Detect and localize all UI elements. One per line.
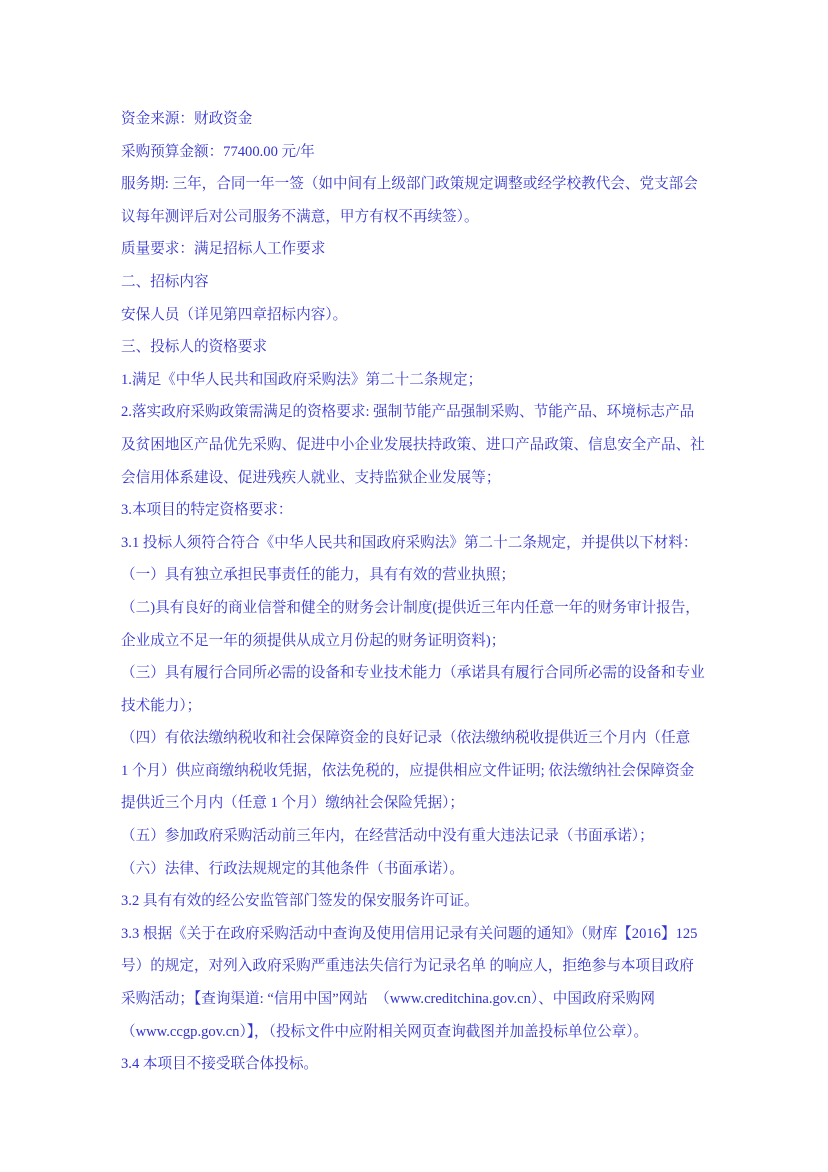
text-line: 3.2 具有有效的经公安监管部门签发的保安服务许可证。	[121, 885, 717, 918]
text-line: 采购活动；【查询渠道: “信用中国”网站 （www.creditchina.go…	[121, 983, 717, 1016]
text-line: 三、投标人的资格要求	[121, 331, 717, 364]
text-line: 服务期: 三年，合同一年一签（如中间有上级部门政策规定调整或经学校教代会、党支部…	[121, 168, 717, 201]
text-line: （一）具有独立承担民事责任的能力，具有有效的营业执照；	[121, 559, 717, 592]
text-line: 及贫困地区产品优先采购、促进中小企业发展扶持政策、进口产品政策、信息安全产品、社	[121, 429, 717, 462]
text-line: 技术能力）；	[121, 690, 717, 723]
text-line: （三）具有履行合同所必需的设备和专业技术能力（承诺具有履行合同所必需的设备和专业	[121, 657, 717, 690]
text-line: 2.落实政府采购政策需满足的资格要求: 强制节能产品强制采购、节能产品、环境标志…	[121, 396, 717, 429]
text-line: 3.4 本项目不接受联合体投标。	[121, 1048, 717, 1081]
text-line: 质量要求：满足招标人工作要求	[121, 233, 717, 266]
text-line: 安保人员（详见第四章招标内容）。	[121, 299, 717, 332]
text-line: （五）参加政府采购活动前三年内，在经营活动中没有重大违法记录（书面承诺）；	[121, 820, 717, 853]
text-line: 1.满足《中华人民共和国政府采购法》第二十二条规定；	[121, 364, 717, 397]
text-line: （www.ccgp.gov.cn）】，（投标文件中应附相关网页查询截图并加盖投标…	[121, 1016, 717, 1049]
text-line: 3.本项目的特定资格要求：	[121, 494, 717, 527]
document-page: 资金来源：财政资金采购预算金额：77400.00 元/年服务期: 三年，合同一年…	[0, 0, 828, 1172]
text-line: （六）法律、行政法规规定的其他条件（书面承诺）。	[121, 853, 717, 886]
text-line: 提供近三个月内（任意 1 个月）缴纳社会保险凭据）；	[121, 787, 717, 820]
document-body: 资金来源：财政资金采购预算金额：77400.00 元/年服务期: 三年，合同一年…	[121, 103, 717, 1081]
text-line: 企业成立不足一年的须提供从成立月份起的财务证明资料)；	[121, 625, 717, 658]
text-line: （四）有依法缴纳税收和社会保障资金的良好记录（依法缴纳税收提供近三个月内（任意	[121, 722, 717, 755]
text-line: 议每年测评后对公司服务不满意，甲方有权不再续签）。	[121, 201, 717, 234]
text-line: 3.1 投标人须符合符合《中华人民共和国政府采购法》第二十二条规定，并提供以下材…	[121, 527, 717, 560]
text-line: 会信用体系建设、促进残疾人就业、支持监狱企业发展等；	[121, 462, 717, 495]
text-line: 采购预算金额：77400.00 元/年	[121, 136, 717, 169]
text-line: 资金来源：财政资金	[121, 103, 717, 136]
text-line: 3.3 根据《关于在政府采购活动中查询及使用信用记录有关问题的通知》（财库【20…	[121, 918, 717, 951]
text-line: （二)具有良好的商业信誉和健全的财务会计制度(提供近三年内任意一年的财务审计报告…	[121, 592, 717, 625]
text-line: 号）的规定，对列入政府采购严重违法失信行为记录名单 的响应人，拒绝参与本项目政府	[121, 950, 717, 983]
text-line: 1 个月）供应商缴纳税收凭据，依法免税的，应提供相应文件证明; 依法缴纳社会保障…	[121, 755, 717, 788]
text-line: 二、招标内容	[121, 266, 717, 299]
